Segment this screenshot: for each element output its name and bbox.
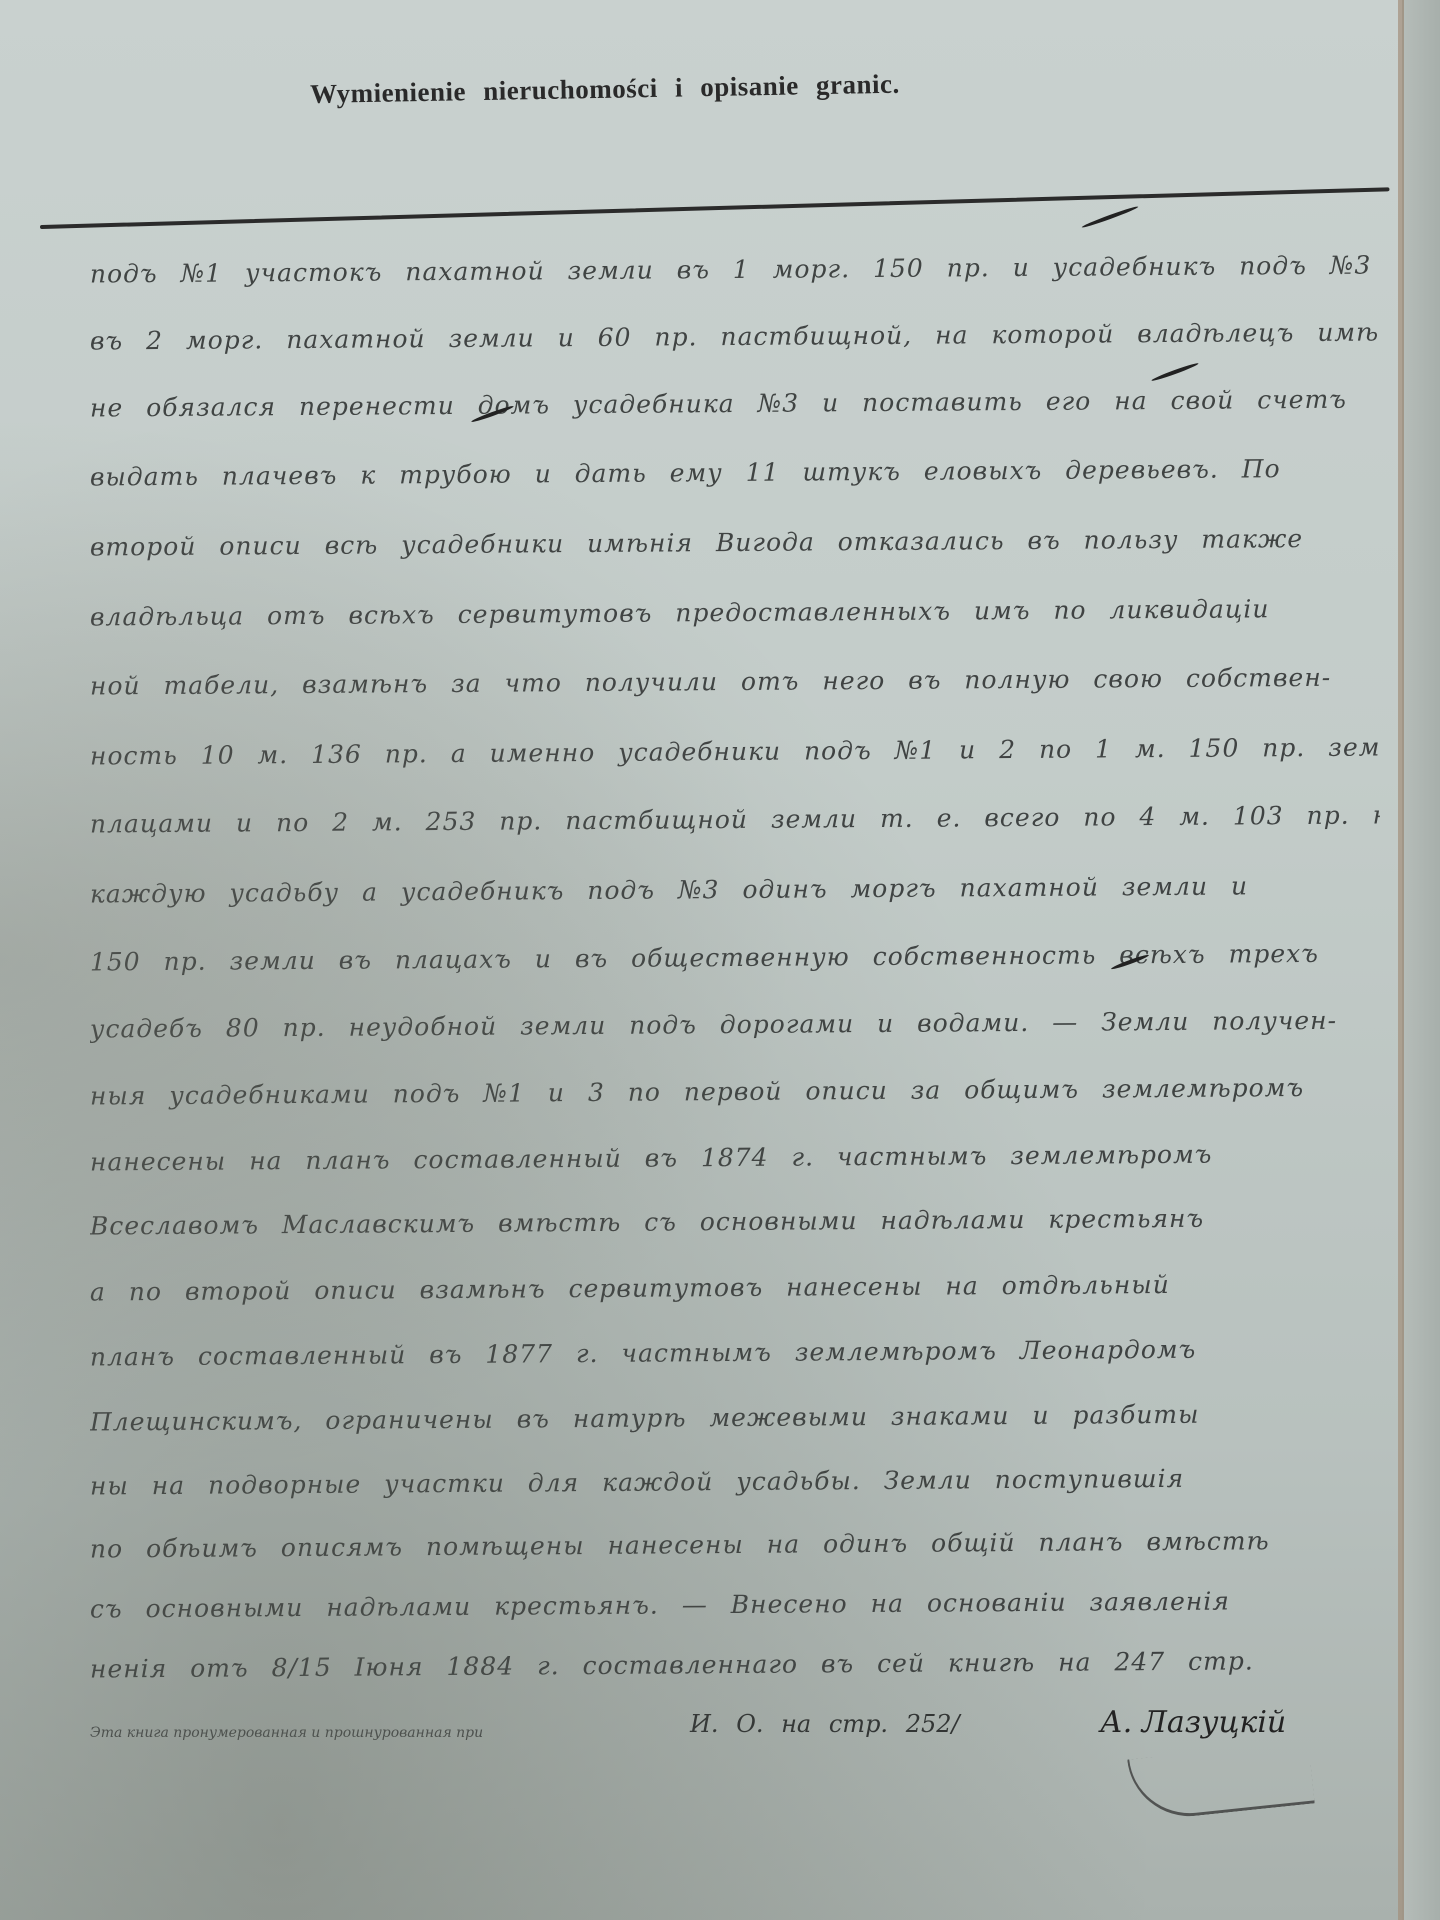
handwritten-line: а по второй описи взамѣнъ сервитутовъ на… (90, 1268, 1380, 1327)
ledger-page: Wymienienie nieruchomości i opisanie gra… (0, 0, 1402, 1920)
handwritten-line: усадебъ 80 пр. неудобной земли подъ доро… (90, 1005, 1380, 1064)
handwritten-line: съ основными надѣлами крестьянъ. — Внесе… (90, 1585, 1380, 1644)
handwritten-line: ныя усадебниками подъ №1 и 3 по первой о… (90, 1072, 1380, 1131)
printed-header: Wymienienie nieruchomości i opisanie gra… (310, 65, 1110, 110)
footnote-reference: И. О. на стр. 252/ (690, 1710, 960, 1738)
handwritten-line: Всеславомъ Маславскимъ вмѣстѣ съ основны… (90, 1202, 1380, 1261)
handwritten-line: ной табели, взамѣнъ за что получили отъ … (90, 662, 1380, 721)
handwritten-line: планъ составленный въ 1877 г. частнымъ з… (90, 1333, 1380, 1392)
handwritten-line: владѣльца отъ всѣхъ сервитутовъ предоста… (90, 593, 1380, 652)
handwritten-line: не обязался перенести домъ усадебника №3… (90, 384, 1380, 443)
handwritten-line: нанесены на планъ составленный въ 1874 г… (90, 1138, 1380, 1197)
handwritten-line: ны на подворные участки для каждой усадь… (90, 1462, 1380, 1521)
handwritten-line: каждую усадьбу а усадебникъ подъ №3 один… (90, 870, 1380, 929)
handwritten-line: 150 пр. земли въ плацахъ и въ общественн… (90, 938, 1380, 997)
handwritten-line: ненія отъ 8/15 Іюня 1884 г. составленнаг… (90, 1645, 1380, 1704)
handwritten-line: второй описи всѣ усадебники имѣнія Вигод… (90, 523, 1380, 582)
signature: А. Лазуцкій (1100, 1705, 1286, 1740)
handwritten-line: подъ №1 участокъ пахатной земли въ 1 мор… (90, 250, 1380, 309)
handwritten-line: выдать плачевъ к трубою и дать ему 11 шт… (90, 453, 1380, 512)
handwritten-line: ность 10 м. 136 пр. а именно усадебники … (90, 732, 1380, 791)
handwritten-line: по обѣимъ описямъ помѣщены нанесены на о… (90, 1525, 1380, 1584)
ink-accent-stroke (1081, 205, 1139, 229)
handwritten-line: плацами и по 2 м. 253 пр. пастбищной зем… (90, 800, 1380, 859)
signature-flourish (1127, 1741, 1315, 1823)
header-rule (40, 187, 1390, 229)
handwritten-line: Плещинскимъ, ограничены въ натурѣ межевы… (90, 1398, 1380, 1457)
binding-strip (1404, 0, 1440, 1920)
